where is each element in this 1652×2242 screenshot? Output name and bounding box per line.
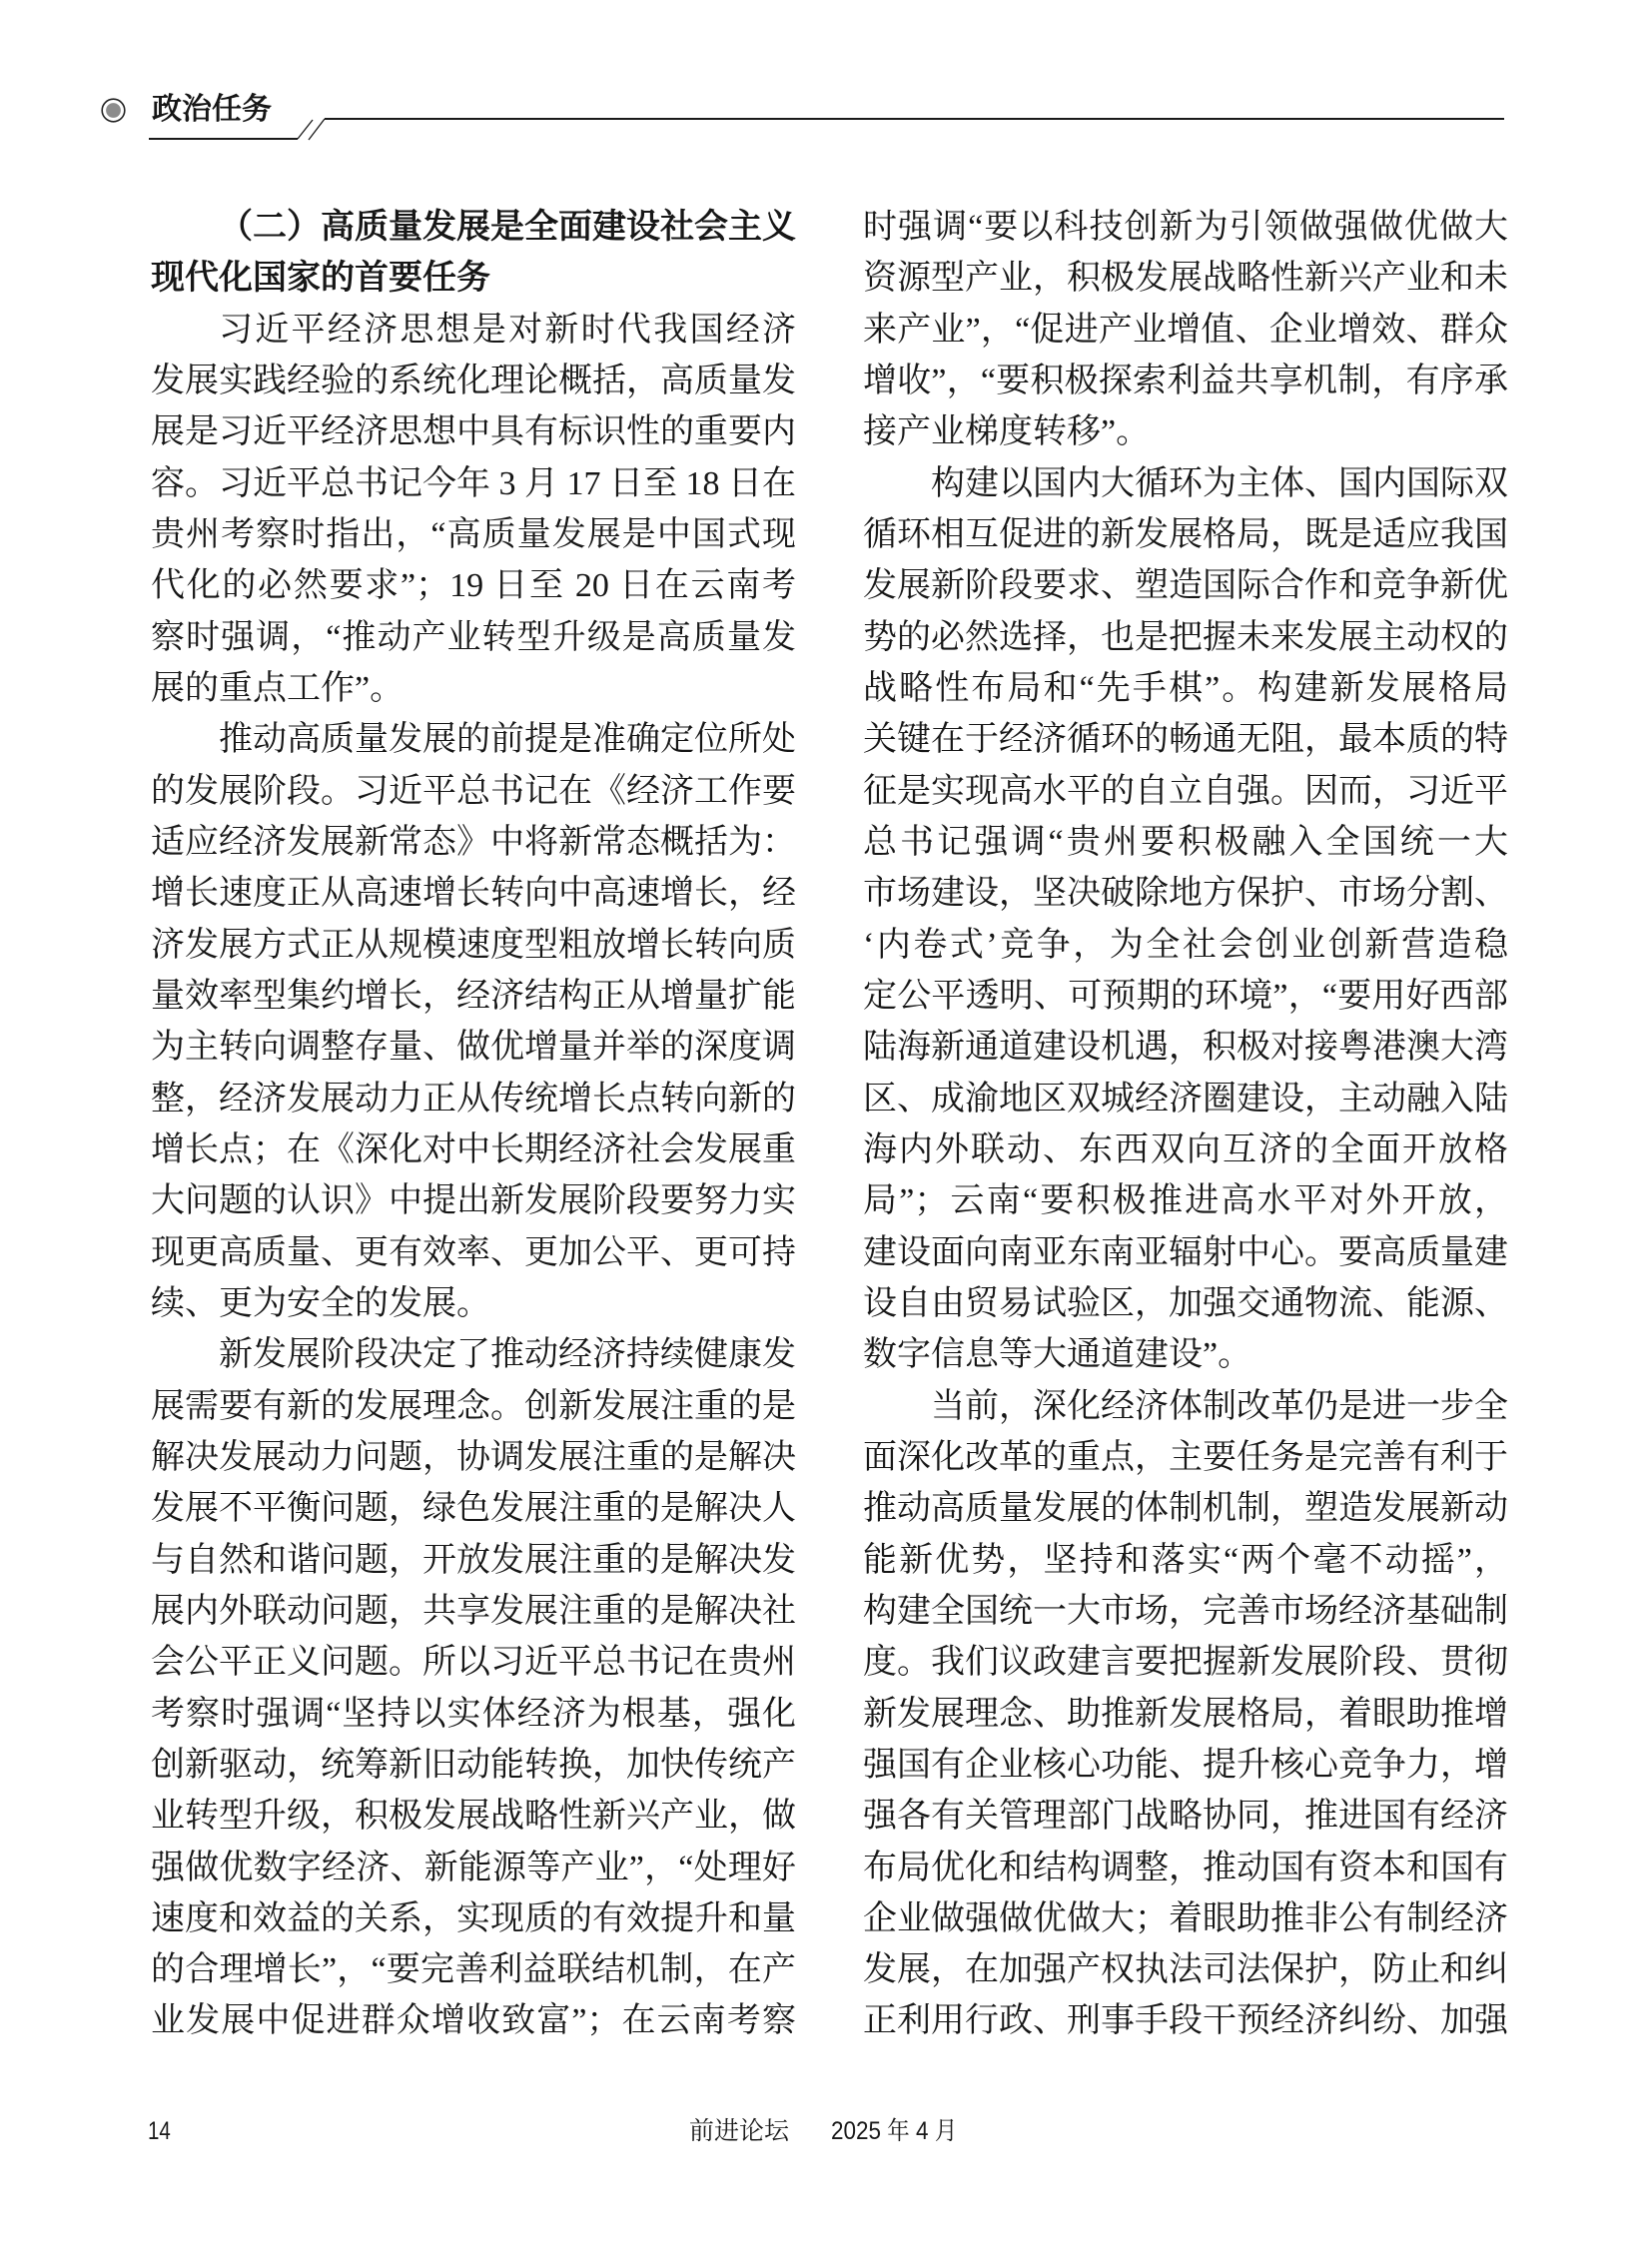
text-line: 展是习近平经济思想中具有标识性的重要内 — [151, 406, 796, 457]
text-line: 增收”，“要积极探索利益共享机制，有序承 — [863, 356, 1508, 406]
text-line: 续、更为安全的发展。 — [151, 1278, 796, 1329]
text-line: 新发展阶段决定了推动经济持续健康发 — [151, 1329, 796, 1380]
text-line: 陆海新通道建设机遇，积极对接粤港澳大湾 — [863, 1022, 1508, 1073]
heading-line: （二）高质量发展是全面建设社会主义 — [151, 202, 796, 253]
text-line: 为主转向调整存量、做优增量并举的深度调 — [151, 1022, 796, 1073]
text-line: 布局优化和结构调整，推动国有资本和国有 — [863, 1843, 1508, 1893]
text-line: 能新优势，坚持和落实“两个毫不动摇”， — [863, 1535, 1508, 1586]
text-line: 市场建设，坚决破除地方保护、市场分割、 — [863, 868, 1508, 919]
text-line: 海内外联动、东西双向互济的全面开放格 — [863, 1124, 1508, 1175]
header-rule — [149, 119, 1504, 140]
right-column: 时强调“要以科技创新为引领做强做优做大 资源型产业，积极发展战略性新兴产业和未 … — [863, 202, 1508, 2047]
text-line: 新发展理念、助推新发展格局，着眼助推增 — [863, 1689, 1508, 1740]
heading-line: 现代化国家的首要任务 — [151, 253, 796, 304]
text-line: 的发展阶段。习近平总书记在《经济工作要 — [151, 766, 796, 817]
text-line: 贵州考察时指出，“高质量发展是中国式现 — [151, 509, 796, 560]
text-line: 强各有关管理部门战略协同，推进国有经济 — [863, 1791, 1508, 1842]
text-line: 数字信息等大通道建设”。 — [863, 1329, 1508, 1380]
text-line: 接产业梯度转移”。 — [863, 406, 1508, 457]
text-line: 资源型产业，积极发展战略性新兴产业和未 — [863, 253, 1508, 304]
text-line: 构建以国内大循环为主体、国内国际双 — [863, 458, 1508, 509]
text-line: 容。习近平总书记今年 3 月 17 日至 18 日在 — [151, 458, 796, 509]
paragraph: 习近平经济思想是对新时代我国经济 发展实践经验的系统化理论概括，高质量发 展是习… — [151, 305, 796, 715]
text-line: 关键在于经济循环的畅通无阻，最本质的特 — [863, 714, 1508, 765]
text-line: 推动高质量发展的体制机制，塑造发展新动 — [863, 1483, 1508, 1534]
publication-name: 前进论坛 — [689, 2115, 789, 2147]
text-line: 与自然和谐问题，开放发展注重的是解决发 — [151, 1535, 796, 1586]
text-line: 发展实践经验的系统化理论概括，高质量发 — [151, 356, 796, 406]
text-line: 推动高质量发展的前提是准确定位所处 — [151, 714, 796, 765]
text-line: 度。我们议政建言要把握新发展阶段、贯彻 — [863, 1637, 1508, 1688]
text-line: 现更高质量、更有效率、更加公平、更可持 — [151, 1227, 796, 1278]
paragraph: 新发展阶段决定了推动经济持续健康发 展需要有新的发展理念。创新发展注重的是 解决… — [151, 1329, 796, 2047]
text-line: 整，经济发展动力正从传统增长点转向新的 — [151, 1074, 796, 1124]
text-line: 业转型升级，积极发展战略性新兴产业，做 — [151, 1791, 796, 1842]
text-line: 发展不平衡问题，绿色发展注重的是解决人 — [151, 1483, 796, 1534]
text-line: 发展新阶段要求、塑造国际合作和竞争新优 — [863, 560, 1508, 611]
text-line: 构建全国统一大市场，完善市场经济基础制 — [863, 1586, 1508, 1637]
text-line: 习近平经济思想是对新时代我国经济 — [151, 305, 796, 356]
section-title: 政治任务 — [152, 93, 272, 127]
text-line: 大问题的认识》中提出新发展阶段要努力实 — [151, 1175, 796, 1226]
text-line: ‘内卷式’竞争，为全社会创业创新营造稳 — [863, 920, 1508, 971]
text-line: 增长点；在《深化对中长期经济社会发展重 — [151, 1124, 796, 1175]
text-line: 循环相互促进的新发展格局，既是适应我国 — [863, 509, 1508, 560]
text-line: 设自由贸易试验区，加强交通物流、能源、 — [863, 1278, 1508, 1329]
text-line: 强国有企业核心功能、提升核心竞争力，增 — [863, 1740, 1508, 1791]
text-line: 企业做强做优做大；着眼助推非公有制经济 — [863, 1893, 1508, 1944]
text-line: 正利用行政、刑事手段干预经济纠纷、加强 — [863, 1995, 1508, 2046]
text-line: 创新驱动，统筹新旧动能转换，加快传统产 — [151, 1740, 796, 1791]
text-line: 区、成渝地区双城经济圈建设，主动融入陆 — [863, 1074, 1508, 1124]
text-line: 济发展方式正从规模速度型粗放增长转向质 — [151, 920, 796, 971]
left-column: （二）高质量发展是全面建设社会主义 现代化国家的首要任务 习近平经济思想是对新时… — [151, 202, 796, 2047]
issue-date: 2025 年 4 月 — [831, 2115, 957, 2147]
text-line: 发展，在加强产权执法司法保护，防止和纠 — [863, 1944, 1508, 1995]
section-heading: （二）高质量发展是全面建设社会主义 现代化国家的首要任务 — [151, 202, 796, 305]
text-line: 当前，深化经济体制改革仍是进一步全 — [863, 1381, 1508, 1432]
text-line: 展内外联动问题，共享发展注重的是解决社 — [151, 1586, 796, 1637]
paragraph: 构建以国内大循环为主体、国内国际双 循环相互促进的新发展格局，既是适应我国 发展… — [863, 458, 1508, 1381]
text-line: 速度和效益的关系，实现质的有效提升和量 — [151, 1893, 796, 1944]
paragraph-continuation: 时强调“要以科技创新为引领做强做优做大 资源型产业，积极发展战略性新兴产业和未 … — [863, 202, 1508, 458]
text-line: 代化的必然要求”；19 日至 20 日在云南考 — [151, 560, 796, 611]
running-header-decoration — [0, 0, 1652, 160]
text-line: 展需要有新的发展理念。创新发展注重的是 — [151, 1381, 796, 1432]
text-line: 解决发展动力问题，协调发展注重的是解决 — [151, 1432, 796, 1483]
text-line: 战略性布局和“先手棋”。构建新发展格局 — [863, 663, 1508, 714]
text-line: 时强调“要以科技创新为引领做强做优做大 — [863, 202, 1508, 253]
text-line: 总书记强调“贵州要积极融入全国统一大 — [863, 817, 1508, 868]
page-number: 14 — [148, 2115, 171, 2147]
text-line: 的合理增长”，“要完善利益联结机制，在产 — [151, 1944, 796, 1995]
text-line: 征是实现高水平的自立自强。因而，习近平 — [863, 766, 1508, 817]
text-line: 势的必然选择，也是把握未来发展主动权的 — [863, 612, 1508, 663]
target-circle-icon — [102, 99, 125, 122]
text-line: 察时强调，“推动产业转型升级是高质量发 — [151, 612, 796, 663]
text-line: 展的重点工作”。 — [151, 663, 796, 714]
paragraph: 推动高质量发展的前提是准确定位所处 的发展阶段。习近平总书记在《经济工作要 适应… — [151, 714, 796, 1329]
text-line: 局”；云南“要积极推进高水平对外开放， — [863, 1175, 1508, 1226]
paragraph: 当前，深化经济体制改革仍是进一步全 面深化改革的重点，主要任务是完善有利于 推动… — [863, 1381, 1508, 2047]
text-line: 强做优数字经济、新能源等产业”，“处理好 — [151, 1843, 796, 1893]
text-line: 定公平透明、可预期的环境”，“要用好西部 — [863, 971, 1508, 1022]
text-line: 面深化改革的重点，主要任务是完善有利于 — [863, 1432, 1508, 1483]
text-line: 会公平正义问题。所以习近平总书记在贵州 — [151, 1637, 796, 1688]
text-line: 考察时强调“坚持以实体经济为根基，强化 — [151, 1689, 796, 1740]
text-line: 适应经济发展新常态》中将新常态概括为： — [151, 817, 796, 868]
text-line: 量效率型集约增长，经济结构正从增量扩能 — [151, 971, 796, 1022]
text-line: 建设面向南亚东南亚辐射中心。要高质量建 — [863, 1227, 1508, 1278]
text-line: 业发展中促进群众增收致富”；在云南考察 — [151, 1995, 796, 2046]
text-line: 来产业”，“促进产业增值、企业增效、群众 — [863, 305, 1508, 356]
text-line: 增长速度正从高速增长转向中高速增长，经 — [151, 868, 796, 919]
